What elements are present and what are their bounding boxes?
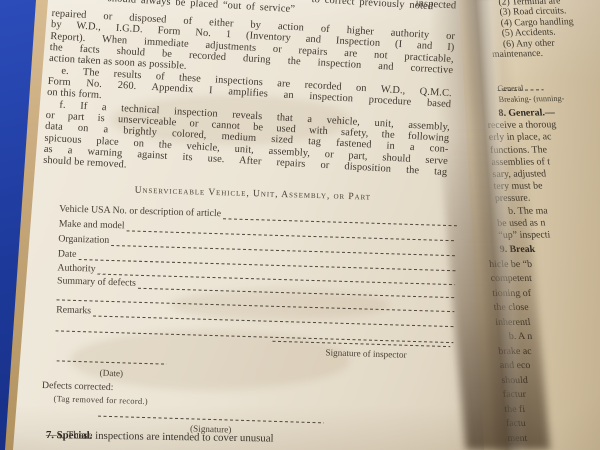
photo-vignette [0, 0, 600, 450]
photo-of-manual-page: should always be placed “out of service”… [0, 0, 600, 450]
